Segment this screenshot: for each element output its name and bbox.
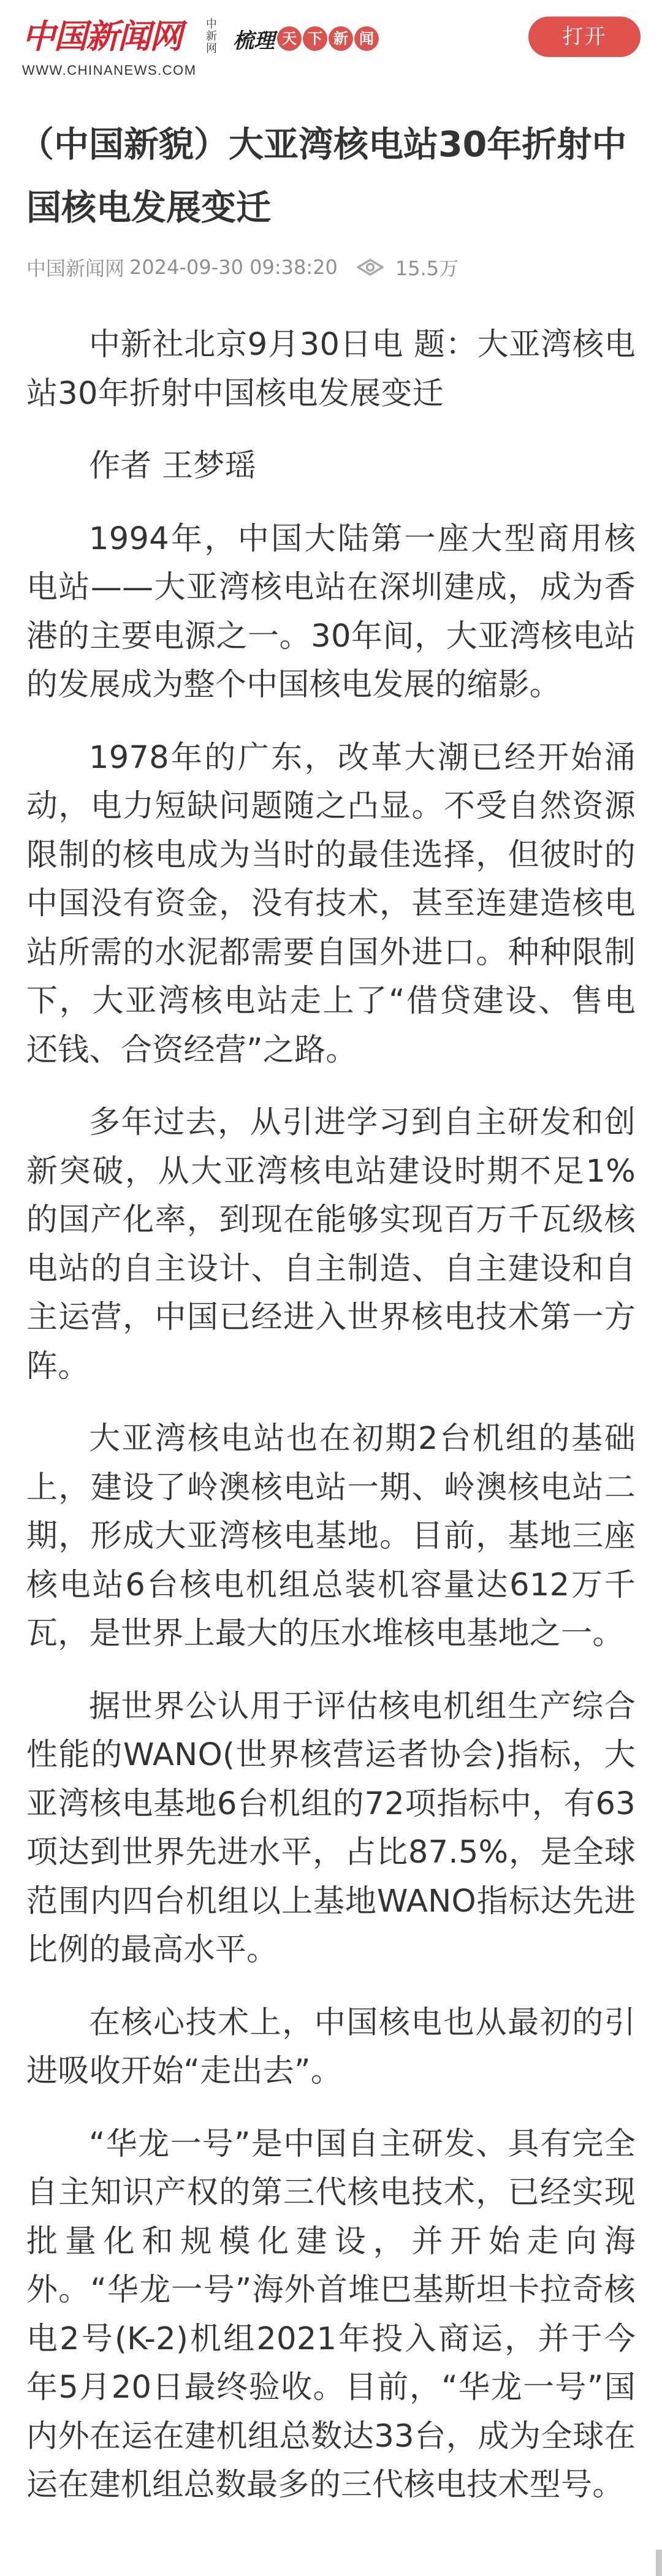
scrollbar-thumb[interactable] bbox=[656, 2550, 662, 2576]
article-paragraph: 多年过去，从引进学习到自主研发和创新突破，从大亚湾核电站建设时期不足1%的国产化… bbox=[26, 1098, 636, 1391]
slogan-circle: 天 bbox=[277, 26, 302, 51]
article-paragraph: 大亚湾核电站也在初期2台机组的基础上，建设了岭澳核电站一期、岭澳核电站二期，形成… bbox=[26, 1415, 636, 1658]
article-meta: 中国新闻网 2024-09-30 09:38:20 15.5万 bbox=[26, 252, 636, 283]
slogan: 梳理 天 下 新 闻 bbox=[233, 23, 379, 54]
logo-side-text: 中新网 bbox=[205, 18, 218, 55]
article-body: 中新社北京9月30日电 题：大亚湾核电站30年折射中国核电发展变迁 作者 王梦瑶… bbox=[26, 321, 636, 2510]
open-app-button[interactable]: 打开 bbox=[528, 17, 641, 57]
article-datetime: 2024-09-30 09:38:20 bbox=[129, 256, 338, 279]
chinanews-logo[interactable]: 中国新闻网 中新网 WWW.CHINANEWS.COM bbox=[22, 16, 218, 75]
article-paragraph: 中新社北京9月30日电 题：大亚湾核电站30年折射中国核电发展变迁 bbox=[26, 321, 636, 418]
slogan-circle: 闻 bbox=[354, 26, 379, 51]
logo-text: 中国新闻网 bbox=[22, 16, 181, 56]
article-paragraph: 1978年的广东，改革大潮已经开始涌动，电力短缺问题随之凸显。不受自然资源限制的… bbox=[26, 734, 636, 1075]
article: （中国新貌）大亚湾核电站30年折射中国核电发展变迁 中国新闻网 2024-09-… bbox=[0, 113, 662, 2510]
slogan-circle: 新 bbox=[329, 26, 353, 51]
article-paragraph: 1994年，中国大陆第一座大型商用核电站——大亚湾核电站在深圳建成，成为香港的主… bbox=[26, 515, 636, 710]
view-count: 15.5万 bbox=[395, 253, 458, 281]
article-paragraph: 在核心技术上，中国核电也从最初的引进吸收开始“走出去”。 bbox=[26, 1999, 636, 2096]
eye-icon bbox=[356, 258, 384, 276]
logo-url: WWW.CHINANEWS.COM bbox=[22, 63, 197, 78]
article-paragraph: 据世界公认用于评估核电机组生产综合性能的WANO(世界核营运者协会)指标，大亚湾… bbox=[26, 1682, 636, 1975]
slogan-lead: 梳理 bbox=[233, 24, 275, 54]
slogan-circle: 下 bbox=[303, 26, 327, 51]
article-title: （中国新貌）大亚湾核电站30年折射中国核电发展变迁 bbox=[26, 113, 636, 240]
article-source: 中国新闻网 bbox=[26, 253, 124, 281]
article-paragraph: “华龙一号”是中国自主研发、具有完全自主知识产权的第三代核电技术，已经实现批量化… bbox=[26, 2120, 636, 2510]
top-bar: 中国新闻网 中新网 WWW.CHINANEWS.COM 梳理 天 下 新 闻 打… bbox=[0, 0, 662, 86]
article-author: 作者 王梦瑶 bbox=[26, 442, 636, 491]
